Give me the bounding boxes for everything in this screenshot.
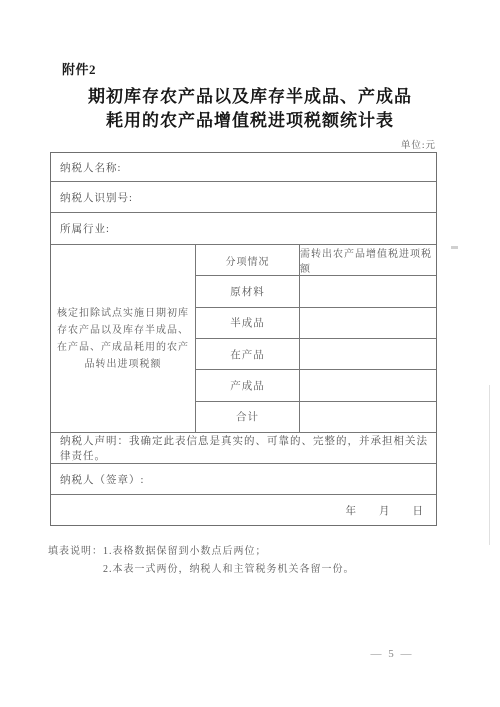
date-row: 年 月 日 xyxy=(51,495,436,525)
row-value-raw-materials xyxy=(300,276,436,306)
row-value-total xyxy=(300,402,436,432)
row-label-semi-finished: 半成品 xyxy=(196,308,300,338)
taxpayer-id-label: 纳税人识别号: xyxy=(60,190,133,205)
scanned-document-page: 附件2 期初库存农产品以及库存半成品、产成品 耗用的农产品增值税进项税额统计表 … xyxy=(0,0,500,707)
document-title: 期初库存农产品以及库存半成品、产成品 耗用的农产品增值税进项税额统计表 xyxy=(0,85,500,133)
industry-row: 所属行业: xyxy=(51,213,436,245)
declaration-text: 纳税人声明：我确定此表信息是真实的、可靠的、完整的，并承担相关法律责任。 xyxy=(60,433,436,463)
table-row: 在产品 xyxy=(196,339,436,370)
date-month-label: 月 xyxy=(379,503,391,518)
filling-instruction-2: 2.本表一式两份，纳税人和主管税务机关各留一份。 xyxy=(103,561,355,579)
statistics-form-table: 纳税人名称: 纳税人识别号: 所属行业: 核定扣除试点实施日期初库存农产品以及库… xyxy=(50,152,437,526)
filling-instruction-1: 1.表格数据保留到小数点后两位； xyxy=(103,543,355,561)
row-value-finished-goods xyxy=(300,370,436,400)
row-label-work-in-process: 在产品 xyxy=(196,339,300,369)
scan-artifact-mark xyxy=(451,246,458,249)
detail-grid: 分项情况 需转出农产品增值税进项税额 原材料 半成品 在产品 产成品 xyxy=(196,245,436,432)
document-title-line2: 耗用的农产品增值税进项税额统计表 xyxy=(0,109,500,133)
unit-label: 单位:元 xyxy=(401,137,436,151)
signature-row: 纳税人（签章）: xyxy=(51,464,436,495)
page-number: — 5 — xyxy=(352,648,432,660)
merged-description-cell: 核定扣除试点实施日期初库存农产品以及库存半成品、在产品、产成品耗用的农产品转出进… xyxy=(51,245,196,432)
row-value-work-in-process xyxy=(300,339,436,369)
table-row: 产成品 xyxy=(196,370,436,401)
detail-header-row: 分项情况 需转出农产品增值税进项税额 xyxy=(196,245,436,276)
declaration-row: 纳税人声明：我确定此表信息是真实的、可靠的、完整的，并承担相关法律责任。 xyxy=(51,433,436,464)
scan-edge-artifact xyxy=(489,385,490,545)
table-row: 合计 xyxy=(196,402,436,432)
filling-instructions-label: 填表说明： xyxy=(48,543,103,578)
industry-label: 所属行业: xyxy=(60,221,110,236)
taxpayer-name-label: 纳税人名称: xyxy=(60,160,121,175)
signature-label: 纳税人（签章）: xyxy=(60,472,144,487)
taxpayer-name-row: 纳税人名称: xyxy=(51,153,436,182)
filling-instructions-items: 1.表格数据保留到小数点后两位； 2.本表一式两份，纳税人和主管税务机关各留一份… xyxy=(103,543,355,578)
taxpayer-id-row: 纳税人识别号: xyxy=(51,182,436,213)
filling-instructions: 填表说明： 1.表格数据保留到小数点后两位； 2.本表一式两份，纳税人和主管税务… xyxy=(48,543,355,578)
detail-header-amount: 需转出农产品增值税进项税额 xyxy=(300,245,436,275)
main-detail-section: 核定扣除试点实施日期初库存农产品以及库存半成品、在产品、产成品耗用的农产品转出进… xyxy=(51,245,436,433)
row-label-finished-goods: 产成品 xyxy=(196,370,300,400)
attachment-label: 附件2 xyxy=(62,59,96,78)
row-label-raw-materials: 原材料 xyxy=(196,276,300,306)
date-day-label: 日 xyxy=(413,503,425,518)
document-title-line1: 期初库存农产品以及库存半成品、产成品 xyxy=(0,85,500,109)
date-year-label: 年 xyxy=(346,503,358,518)
table-row: 半成品 xyxy=(196,308,436,339)
row-value-semi-finished xyxy=(300,308,436,338)
table-row: 原材料 xyxy=(196,276,436,307)
detail-header-item: 分项情况 xyxy=(196,245,300,275)
row-label-total: 合计 xyxy=(196,402,300,432)
